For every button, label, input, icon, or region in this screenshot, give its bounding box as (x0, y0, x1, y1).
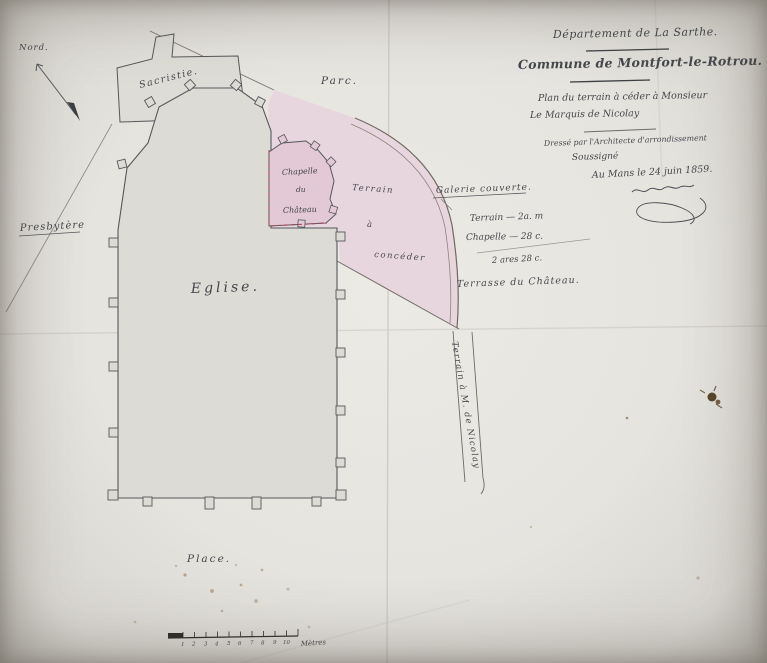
north-arrow: Nord. (18, 43, 80, 121)
svg-text:7: 7 (250, 641, 254, 647)
svg-text:5: 5 (227, 641, 231, 647)
parc-label: Parc. (320, 75, 358, 87)
rule-3 (584, 129, 656, 132)
plan-title-line2: Le Marquis de Nicolay (529, 108, 640, 121)
plan-title-line1: Plan du terrain à céder à Monsieur (537, 90, 709, 104)
svg-text:2 ares 28 c.: 2 ares 28 c. (491, 253, 543, 266)
title-block: Département de La Sarthe. Commune de Mon… (518, 25, 763, 224)
presbytere-label: Presbytère (19, 220, 86, 234)
svg-text:8: 8 (261, 640, 265, 646)
terrasse-label: Terrasse du Château. (457, 275, 580, 290)
svg-text:9: 9 (273, 640, 277, 646)
north-label: Nord. (18, 43, 49, 53)
svg-text:Galerie couverte.: Galerie couverte. (436, 183, 532, 196)
plan-sheet: Nord. Sacristie. Parc. Presbytère Eglise… (0, 0, 767, 663)
rule-2 (570, 80, 650, 82)
svg-text:du: du (296, 185, 306, 194)
department-line: Département de La Sarthe. (552, 25, 718, 41)
scale-bar: 1 2 3 4 5 6 7 8 9 10 Mètres (168, 629, 327, 648)
svg-text:à: à (367, 219, 372, 230)
pencil-notes: Terrain — 2a. m Chapelle — 28 c. 2 ares … (466, 211, 590, 266)
svg-text:Terrain — 2a. m: Terrain — 2a. m (470, 211, 544, 224)
plan-drawing: Nord. Sacristie. Parc. Presbytère Eglise… (0, 0, 767, 663)
svg-text:3: 3 (204, 642, 208, 648)
galerie-couverte-label: Galerie couverte. (433, 183, 532, 210)
scale-tick-labels: 1 2 3 4 5 6 7 8 9 10 Mètres (181, 638, 327, 648)
eglise-label: Eglise. (190, 279, 261, 297)
svg-text:Chapelle: Chapelle (282, 166, 318, 177)
svg-text:Château: Château (283, 205, 317, 215)
drafted-line2: Soussigné (572, 150, 619, 163)
svg-text:Chapelle — 28 c.: Chapelle — 28 c. (466, 232, 543, 243)
svg-text:4: 4 (214, 641, 219, 647)
commune-line: Commune de Montfort-le-Rotrou. (518, 53, 763, 72)
svg-text:6: 6 (238, 641, 242, 647)
svg-text:1: 1 (181, 642, 185, 648)
drafted-line1: Dressé par l'Architecte d'arrondissement (543, 133, 708, 148)
date-line: Au Mans le 24 juin 1859. (591, 164, 713, 181)
svg-text:10: 10 (283, 640, 290, 646)
scale-unit: Mètres (300, 638, 327, 648)
architect-signature (632, 185, 706, 224)
svg-text:2: 2 (191, 642, 196, 648)
place-label: Place. (186, 553, 231, 565)
